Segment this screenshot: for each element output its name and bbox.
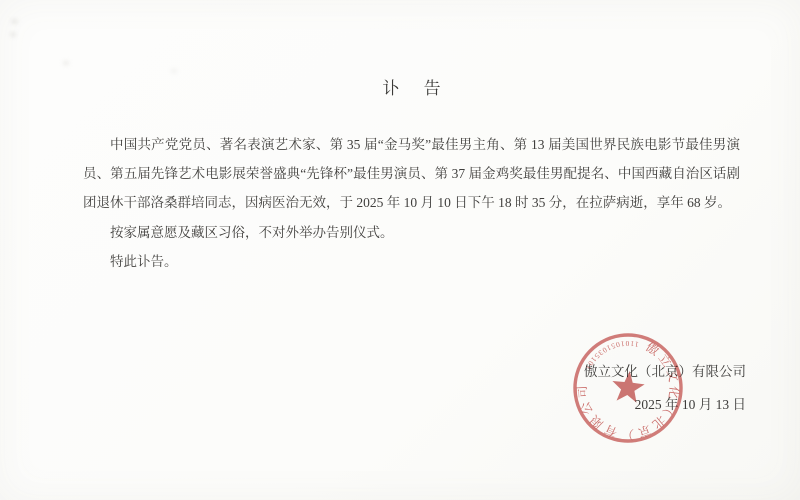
scan-smudge (11, 19, 18, 24)
paragraph-closing: 特此讣告。 (83, 247, 740, 276)
scan-smudge (171, 69, 177, 73)
paragraph-main: 中国共产党党员、著名表演艺术家、第 35 届“金马奖”最佳男主角、第 13 届美… (83, 130, 740, 217)
paragraph-funeral-arrangement: 按家属意愿及藏区习俗，不对外举办告别仪式。 (83, 218, 740, 247)
scan-smudge (63, 61, 69, 65)
signature-date: 2025 年 10 月 13 日 (635, 395, 746, 415)
signature-company-name: 傲立文化（北京）有限公司 (584, 362, 746, 382)
company-seal-stamp: 傲立文化（北京）有限公司 1101051035101 (548, 308, 708, 468)
notice-title: 讣 告 (83, 74, 740, 99)
scan-smudge (10, 32, 16, 37)
seal-ring-circle (556, 316, 701, 461)
scanned-obituary-page: 讣 告 中国共产党党员、著名表演艺术家、第 35 届“金马奖”最佳男主角、第 1… (0, 0, 800, 500)
